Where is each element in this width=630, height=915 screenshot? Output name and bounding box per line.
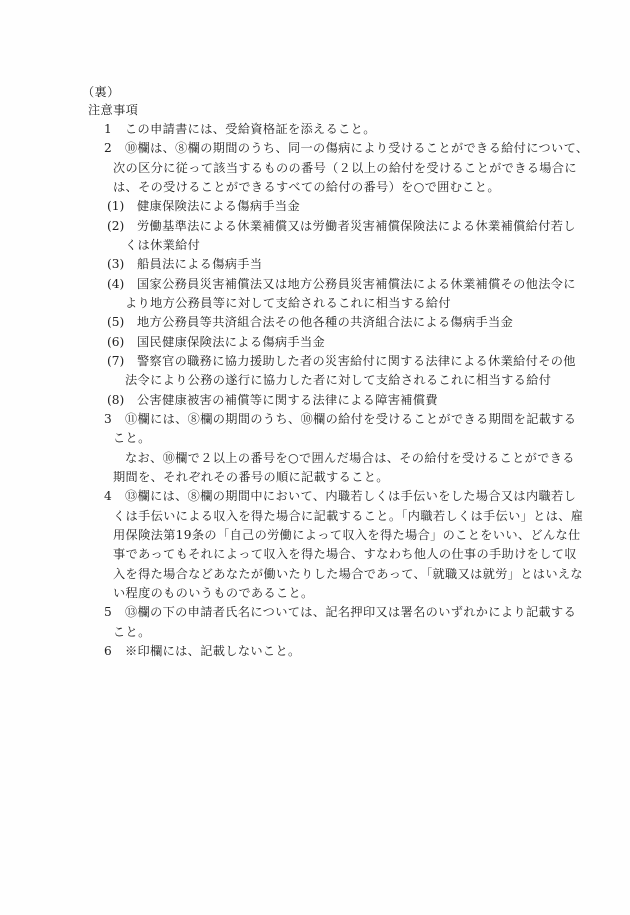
note-text: ⑪欄には、⑧欄の期間のうち、⑩欄の給付を受けることができる期間を記載する — [125, 411, 576, 427]
subitem-text: 公害健康被害の補償等に関する法律による障害補償費 — [137, 392, 438, 408]
note-text: は、その受けることができるすべての給付の番号）を○で囲むこと。 — [113, 179, 500, 195]
note-number: 4 — [104, 488, 112, 504]
subitem-number: (1) — [107, 198, 124, 214]
note-number: 2 — [104, 140, 112, 156]
note-text: こと。 — [113, 624, 151, 640]
note-number: 6 — [104, 643, 112, 659]
subitem-number: (8) — [107, 392, 124, 408]
document-page: （裏） 注意事項 1 この申請書には、受給資格証を添えること。 2 ⑩欄は、⑧欄… — [0, 0, 630, 915]
subitem-text: 地方公務員等共済組合法その他各種の共済組合法による傷病手当金 — [137, 314, 513, 330]
note-text: い程度のものいうものであること。 — [113, 585, 314, 601]
subitem-text: くは休業給付 — [125, 237, 200, 253]
subitem-number: (7) — [107, 353, 124, 369]
note-text: 用保険法第19条の「自己の労働によって収入を得た場合」のことをいい、どんな仕 — [113, 527, 581, 543]
subitem-text: 労働基準法による休業補償又は労働者災害補償保険法による休業補償給付若し — [137, 218, 576, 234]
subitem-number: (2) — [107, 218, 124, 234]
subitem-number: (4) — [107, 276, 124, 292]
subitem-text: 船員法による傷病手当 — [137, 256, 262, 272]
note-number: 1 — [104, 121, 112, 137]
subitem-text: 国家公務員災害補償法又は地方公務員災害補償法による休業補償その他法令に — [137, 276, 576, 292]
subitem-number: (6) — [107, 334, 124, 350]
note-text: ※印欄には、記載しないこと。 — [125, 643, 301, 659]
subitem-number: (3) — [107, 256, 124, 272]
note-number: 5 — [104, 604, 112, 620]
note-number: 3 — [104, 411, 112, 427]
notes-heading: 注意事項 — [88, 102, 138, 118]
subitem-number: (5) — [107, 314, 124, 330]
note-text: 事であってもそれによって収入を得た場合、すなわち他人の仕事の手助けをして収 — [113, 546, 577, 562]
note-text: ⑬欄の下の申請者氏名については、記名押印又は署名のいずれかにより記載する — [125, 604, 576, 620]
note-text: ⑩欄は、⑧欄の期間のうち、同一の傷病により受けることができる給付について、 — [125, 140, 588, 156]
note-text: ⑬欄には、⑧欄の期間中において、内職若しくは手伝いをした場合又は内職若し — [125, 488, 576, 504]
note-text: なお、⑩欄で２以上の番号を○で囲んだ場合は、その給付を受けることができる — [125, 450, 575, 466]
subitem-text: 健康保険法による傷病手当金 — [137, 198, 300, 214]
subitem-text: 警察官の職務に協力援助した者の災害給付に関する法律による休業給付その他 — [137, 353, 576, 369]
side-label: （裏） — [82, 84, 120, 100]
subitem-text: 国民健康保険法による傷病手当金 — [137, 334, 325, 350]
note-text: 次の区分に従って該当するものの番号（２以上の給付を受けることができる場合に — [113, 160, 577, 176]
note-text: くは手伝いによる収入を得た場合に記載すること。「内職若しくは手伝い」とは、雇 — [113, 508, 583, 524]
note-text: 期間を、それぞれその番号の順に記載すること。 — [113, 469, 389, 485]
note-text: 入を得た場合などあなたが働いたりした場合であって、「就職又は就労」とはいえな — [113, 566, 583, 582]
note-text: こと。 — [113, 430, 151, 446]
subitem-text: より地方公務員等に対して支給されるこれに相当する給付 — [125, 295, 451, 311]
subitem-text: 法令により公務の遂行に協力した者に対して支給されるこれに相当する給付 — [125, 372, 551, 388]
note-text: この申請書には、受給資格証を添えること。 — [125, 121, 376, 137]
